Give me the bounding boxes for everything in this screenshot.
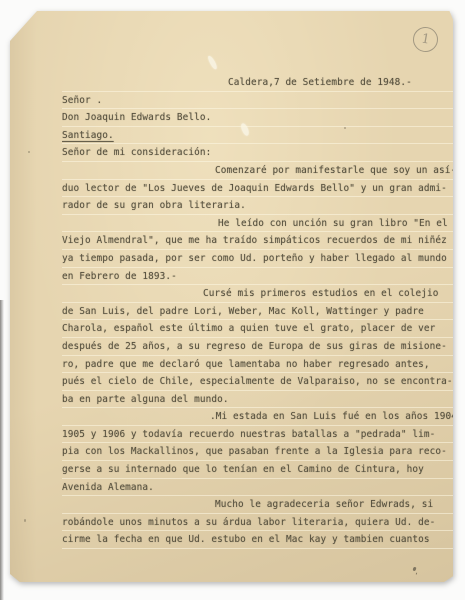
letter-line: Señor de mi consideración: xyxy=(62,144,458,162)
letter-page: 1 Caldera,7 de Setiembre de 1948.-Señor … xyxy=(10,11,453,582)
scan-edge-shadow xyxy=(0,300,4,600)
letter-line: .Mi estada en San Luis fué en los años 1… xyxy=(62,408,458,426)
paper-sheet: 1 Caldera,7 de Setiembre de 1948.-Señor … xyxy=(10,11,453,582)
paper-speckle xyxy=(28,151,30,153)
letter-line: gerse a su internado que lo tenían en el… xyxy=(62,461,458,479)
page-number-badge: 1 xyxy=(411,25,440,54)
letter-line: Don Joaquin Edwards Bello. xyxy=(62,109,458,127)
letter-line: en Febrero de 1893.- xyxy=(62,268,458,286)
paper-scratch xyxy=(207,55,218,71)
letter-line: Mucho le agradeceria señor Edwrads, si xyxy=(62,496,458,514)
letter-line: Viejo Almendral", que me ha traído simpá… xyxy=(62,232,458,250)
letter-line: 1905 y 1906 y todavía recuerdo nuestras … xyxy=(62,426,458,444)
letter-line: Santiago. xyxy=(62,127,458,145)
letter-line: rador de su gran obra literaria. xyxy=(62,197,458,215)
letter-line: Comenzaré por manifestarle que soy un as… xyxy=(62,162,458,180)
letter-line: Avenida Alemana. xyxy=(62,479,458,497)
letter-line: después de 25 años, a su regreso de Euro… xyxy=(62,338,458,356)
paper-speckle xyxy=(24,519,26,522)
letter-line: He leído con unción su gran libro "En el xyxy=(62,215,458,233)
letter-line: ya tiempo pasada, por ser como Ud. porte… xyxy=(62,250,458,268)
letter-line: ro, padre que me declaró que lamentaba n… xyxy=(62,356,458,374)
letter-line: duo lector de "Los Jueves de Joaquin Edw… xyxy=(62,180,458,198)
letter-line: pia con los Mackallinos, que pasaban fre… xyxy=(62,443,458,461)
letter-line: cirme la fecha en que Ud. estubo en el M… xyxy=(62,531,458,549)
letter-line: robándole unos minutos a su árdua labor … xyxy=(62,514,458,532)
letter-line: ba en parte alguna del mundo. xyxy=(62,391,458,409)
letter-line: de San Luis, del padre Lori, Weber, Mac … xyxy=(62,303,458,321)
page-number: 1 xyxy=(420,31,431,47)
letter-body: Caldera,7 de Setiembre de 1948.-Señor .D… xyxy=(62,74,458,549)
ink-smudge xyxy=(413,567,417,572)
letter-line: Cursé mis primeros estudios en el coleji… xyxy=(62,285,458,303)
letter-line: Caldera,7 de Setiembre de 1948.- xyxy=(62,74,458,92)
letter-line: Señor . xyxy=(62,92,458,110)
letter-line: pués el cielo de Chile, especialmente de… xyxy=(62,373,458,391)
letter-line: Charola, español este último a quien tuv… xyxy=(62,320,458,338)
